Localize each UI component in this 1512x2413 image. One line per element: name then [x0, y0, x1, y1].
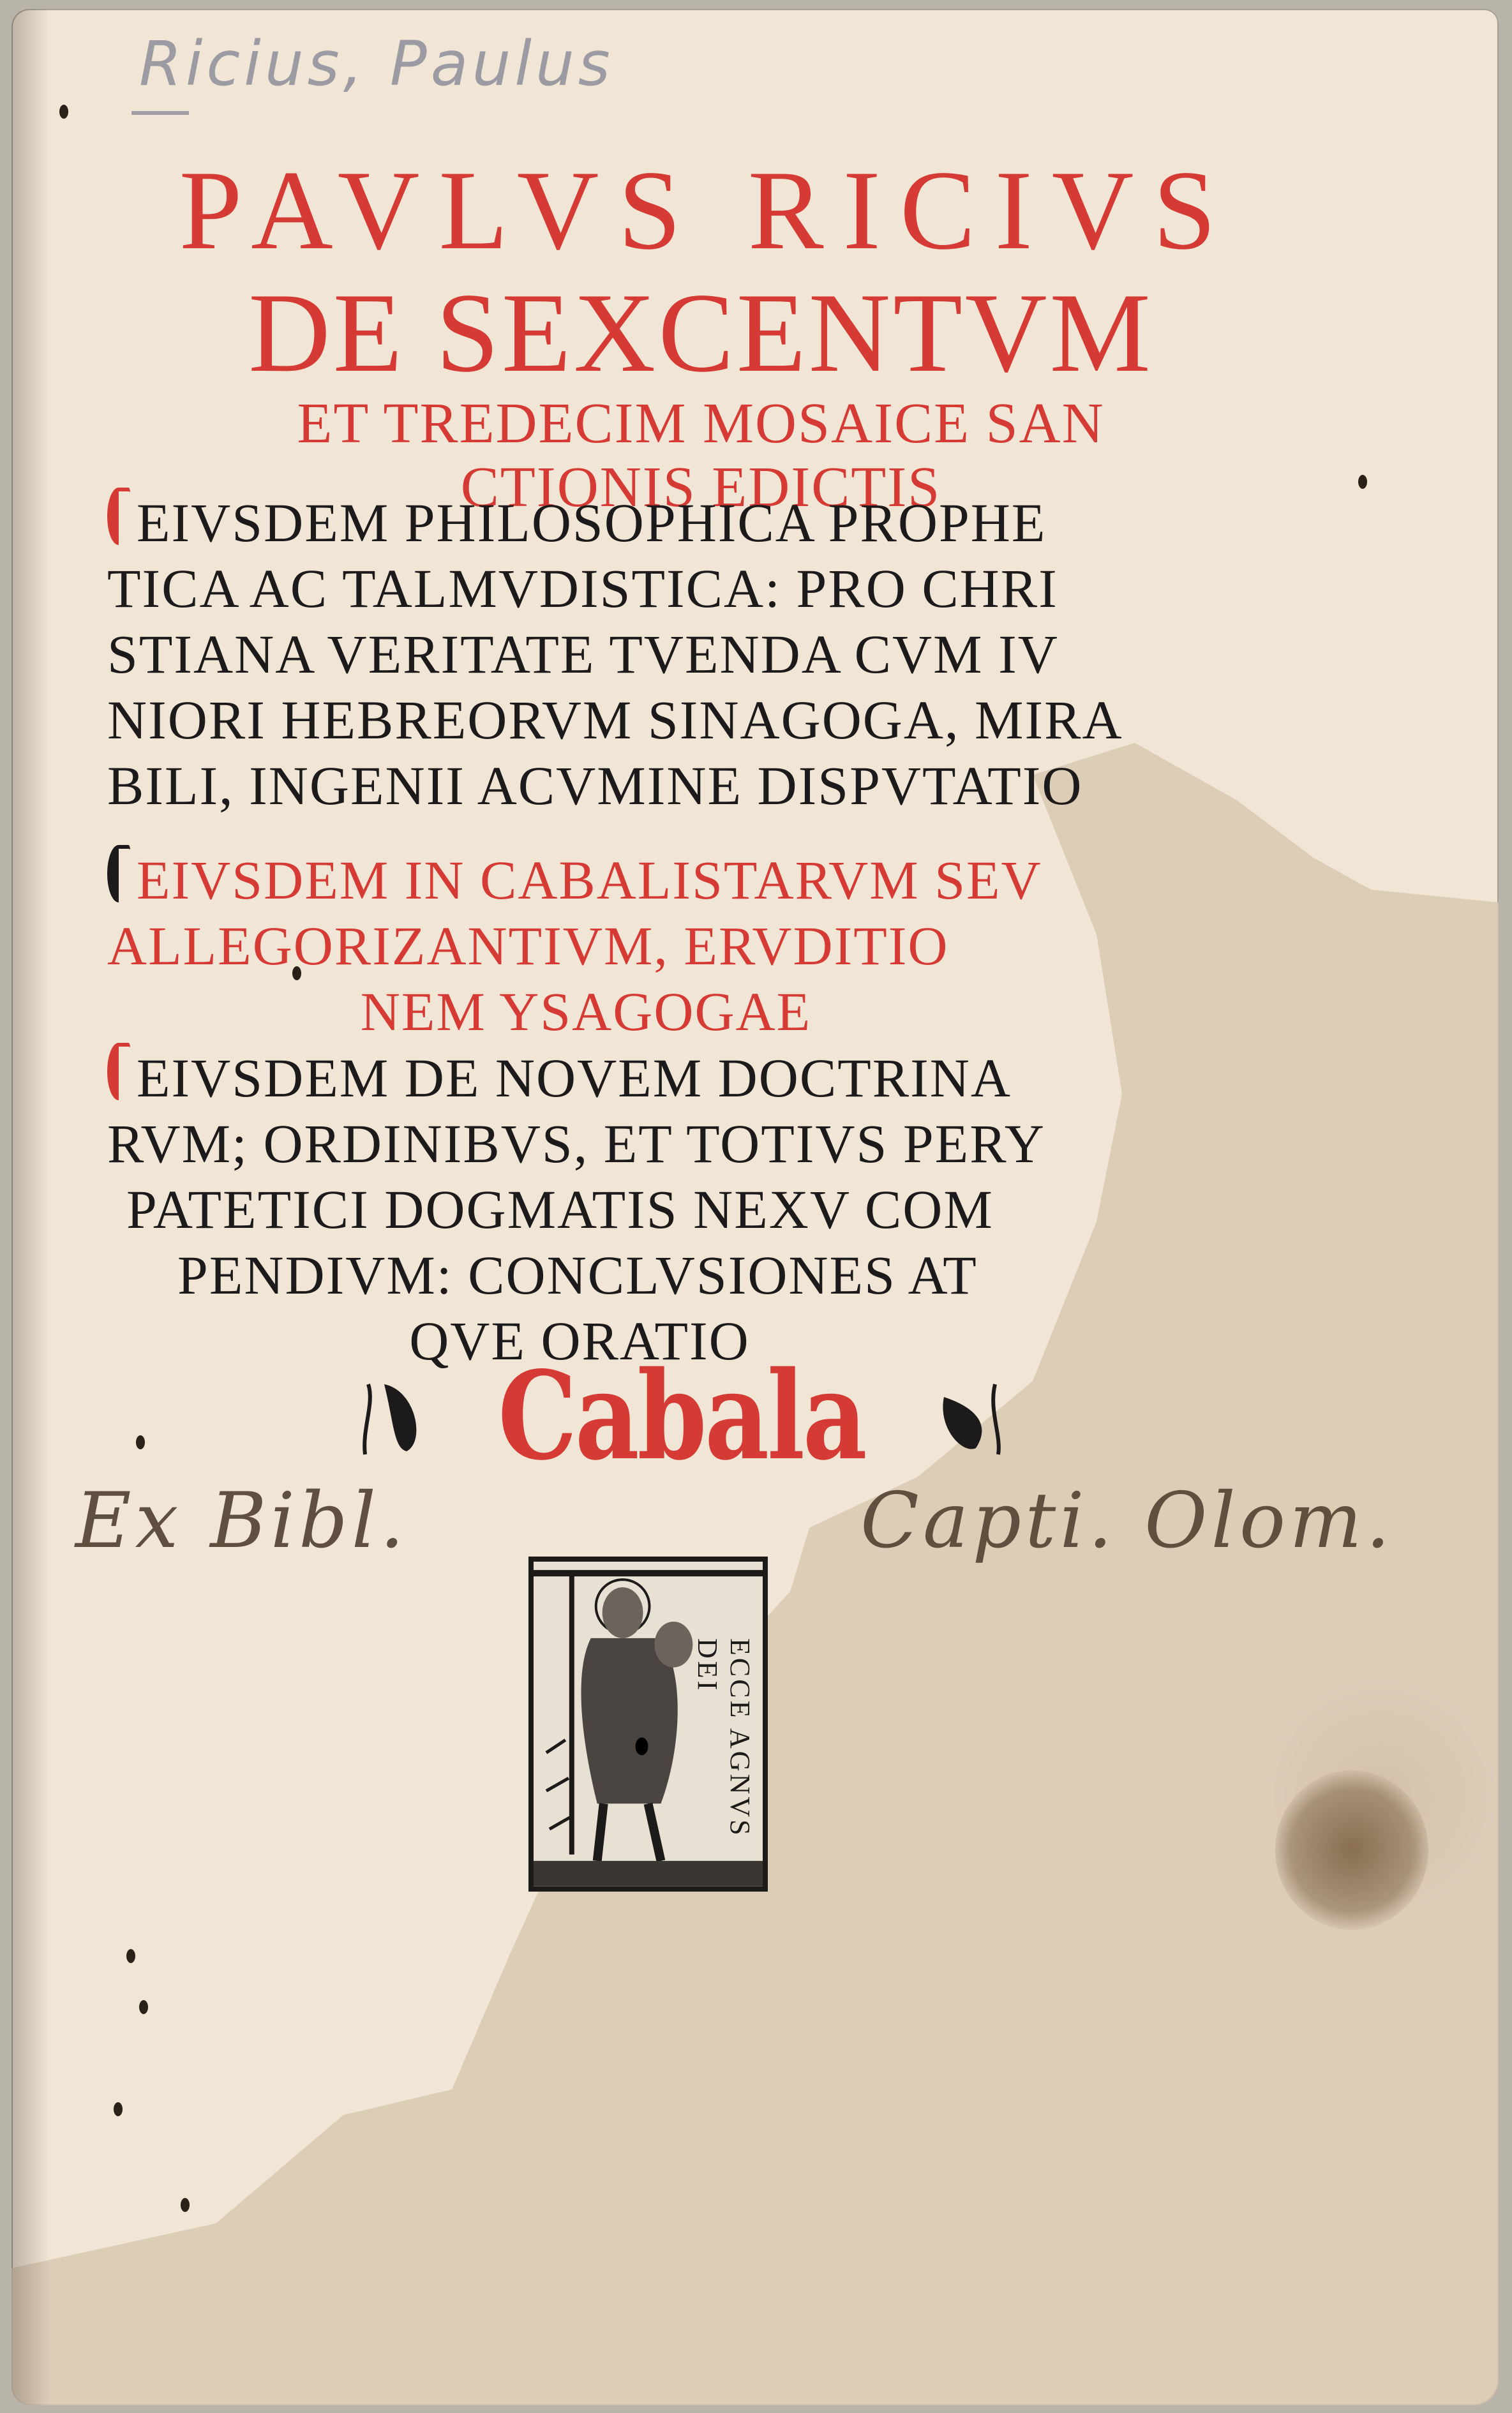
text-line: PENDIVM: CONCLVSIONES AT	[107, 1243, 1218, 1308]
wormhole	[126, 1949, 135, 1963]
pencil-annotation: Ricius, Paulus	[139, 28, 614, 100]
gutter-shadow	[11, 9, 50, 2405]
author-line: PAVLVS RICIVS	[114, 146, 1301, 274]
wormhole	[1358, 475, 1367, 489]
section-cabalistarum: EIVSDEM IN CABALISTARVM SEV ALLEGORIZANT…	[107, 845, 1218, 1045]
pencil-underline	[131, 111, 189, 115]
text-line: NIORI HEBREORVM SINAGOGA, MIRA	[107, 687, 1218, 753]
wormhole	[136, 1435, 145, 1449]
text-line: TICA AC TALMVDISTICA: PRO CHRI	[107, 556, 1218, 622]
text-line: EIVSDEM PHILOSOPHICA PROPHE	[137, 492, 1046, 553]
pilcrow-icon	[107, 845, 130, 902]
text-line: RVM; ORDINIBVS, ET TOTIVS PERY	[107, 1111, 1218, 1177]
title-line-2: DE SEXCENTVM	[101, 274, 1301, 392]
text-line: EIVSDEM IN CABALISTARVM SEV	[137, 849, 1042, 911]
woodcut-caption: ECCE AGNVS DEI	[691, 1638, 756, 1886]
text-line: EIVSDEM DE NOVEM DOCTRINA	[137, 1047, 1012, 1109]
text-line: ALLEGORIZANTIVM, ERVDITIO	[107, 913, 1218, 979]
woodcut-illustration: ECCE AGNVS DEI	[528, 1557, 768, 1892]
main-title: Cabala	[498, 1356, 865, 1477]
section-philosophica: EIVSDEM PHILOSOPHICA PROPHE TICA AC TALM…	[107, 488, 1218, 819]
text-line: STIANA VERITATE TVENDA CVM IV	[107, 622, 1218, 687]
text-line: BILI, INGENII ACVMINE DISPVTATIO	[107, 753, 1218, 819]
wormhole	[139, 2000, 148, 2014]
wormhole	[181, 2198, 190, 2212]
text-line: PATETICI DOGMATIS NEXV COM	[107, 1177, 1218, 1243]
manuscript-note-right: Capti. Olom.	[860, 1477, 1394, 1565]
pilcrow-icon	[107, 488, 130, 545]
stain-spot	[1275, 1770, 1428, 1930]
fleuron-right-icon	[931, 1371, 1008, 1461]
main-title-row: Cabala	[318, 1346, 1045, 1486]
fleuron-left-icon	[356, 1371, 432, 1461]
text-line: NEM YSAGOGAE	[107, 979, 1065, 1045]
pilcrow-icon	[107, 1043, 130, 1100]
title-line-3: ET TREDECIM MOSAICE SAN	[101, 392, 1301, 456]
manuscript-note-left: Ex Bibl.	[75, 1477, 408, 1565]
section-novem-doctrinarum: EIVSDEM DE NOVEM DOCTRINA RVM; ORDINIBVS…	[107, 1043, 1218, 1374]
wormhole	[114, 2102, 123, 2116]
title-block: PAVLVS RICIVS DE SEXCENTVM ET TREDECIM M…	[101, 146, 1301, 519]
wormhole	[59, 105, 68, 119]
title-page: Ricius, Paulus PAVLVS RICIVS DE SEXCENTV…	[11, 9, 1499, 2405]
